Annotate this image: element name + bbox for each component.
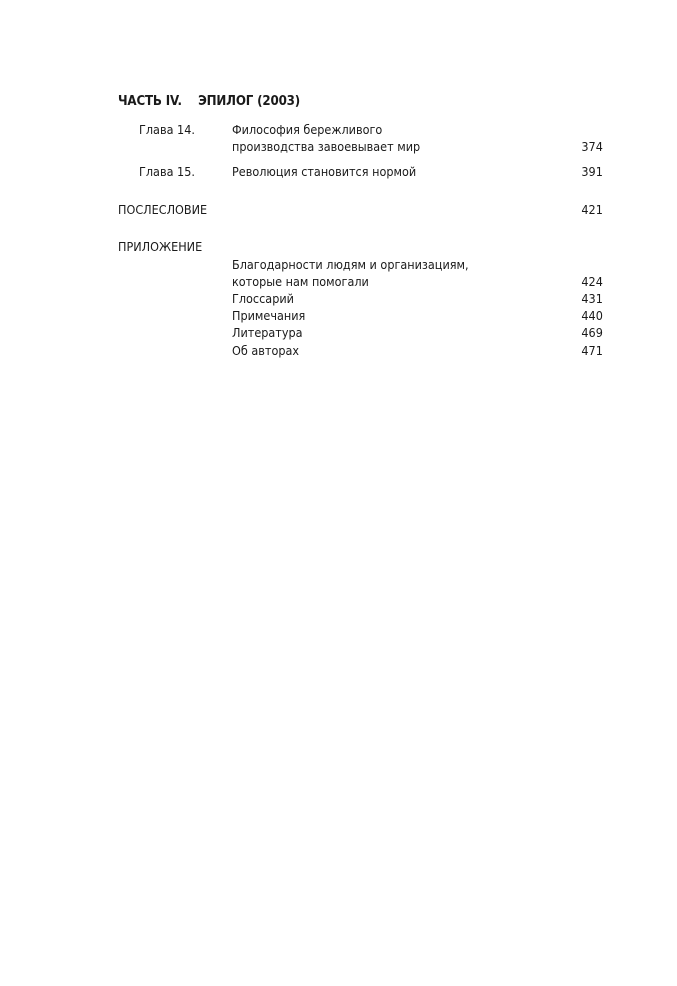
appendix-item-line: Литература	[232, 324, 303, 341]
chapter-title-line: производства завоевывает мир	[232, 138, 420, 155]
appendix-page-number: 471	[582, 342, 603, 359]
chapter-page-number: 391	[582, 163, 603, 180]
chapter-label: Глава 15.	[139, 163, 195, 180]
appendix-item-line: которые нам помогали	[232, 273, 369, 290]
toc-page: ЧАСТЬ IV. ЭПИЛОГ (2003) Глава 14. Филосо…	[0, 0, 677, 986]
part-title: ЭПИЛОГ (2003)	[198, 93, 300, 109]
chapter-title-line: Философия бережливого	[232, 121, 382, 138]
appendix-item-line: Об авторах	[232, 342, 299, 359]
chapter-title-line: Революция становится нормой	[232, 163, 416, 180]
chapter-page-number: 374	[582, 138, 603, 155]
chapter-label: Глава 14.	[139, 121, 195, 138]
afterword-page-number: 421	[582, 201, 603, 218]
appendix-page-number: 431	[582, 290, 603, 307]
appendix-item-line: Примечания	[232, 307, 305, 324]
afterword-title: ПОСЛЕСЛОВИЕ	[118, 201, 207, 218]
appendix-item-line: Глоссарий	[232, 290, 294, 307]
appendix-title: ПРИЛОЖЕНИЕ	[118, 238, 202, 255]
appendix-page-number: 440	[582, 307, 603, 324]
appendix-page-number: 469	[582, 324, 603, 341]
appendix-item-line: Благодарности людям и организациям,	[232, 256, 469, 273]
appendix-page-number: 424	[582, 273, 603, 290]
part-label: ЧАСТЬ IV.	[118, 93, 182, 109]
part-heading: ЧАСТЬ IV. ЭПИЛОГ (2003)	[118, 93, 300, 109]
